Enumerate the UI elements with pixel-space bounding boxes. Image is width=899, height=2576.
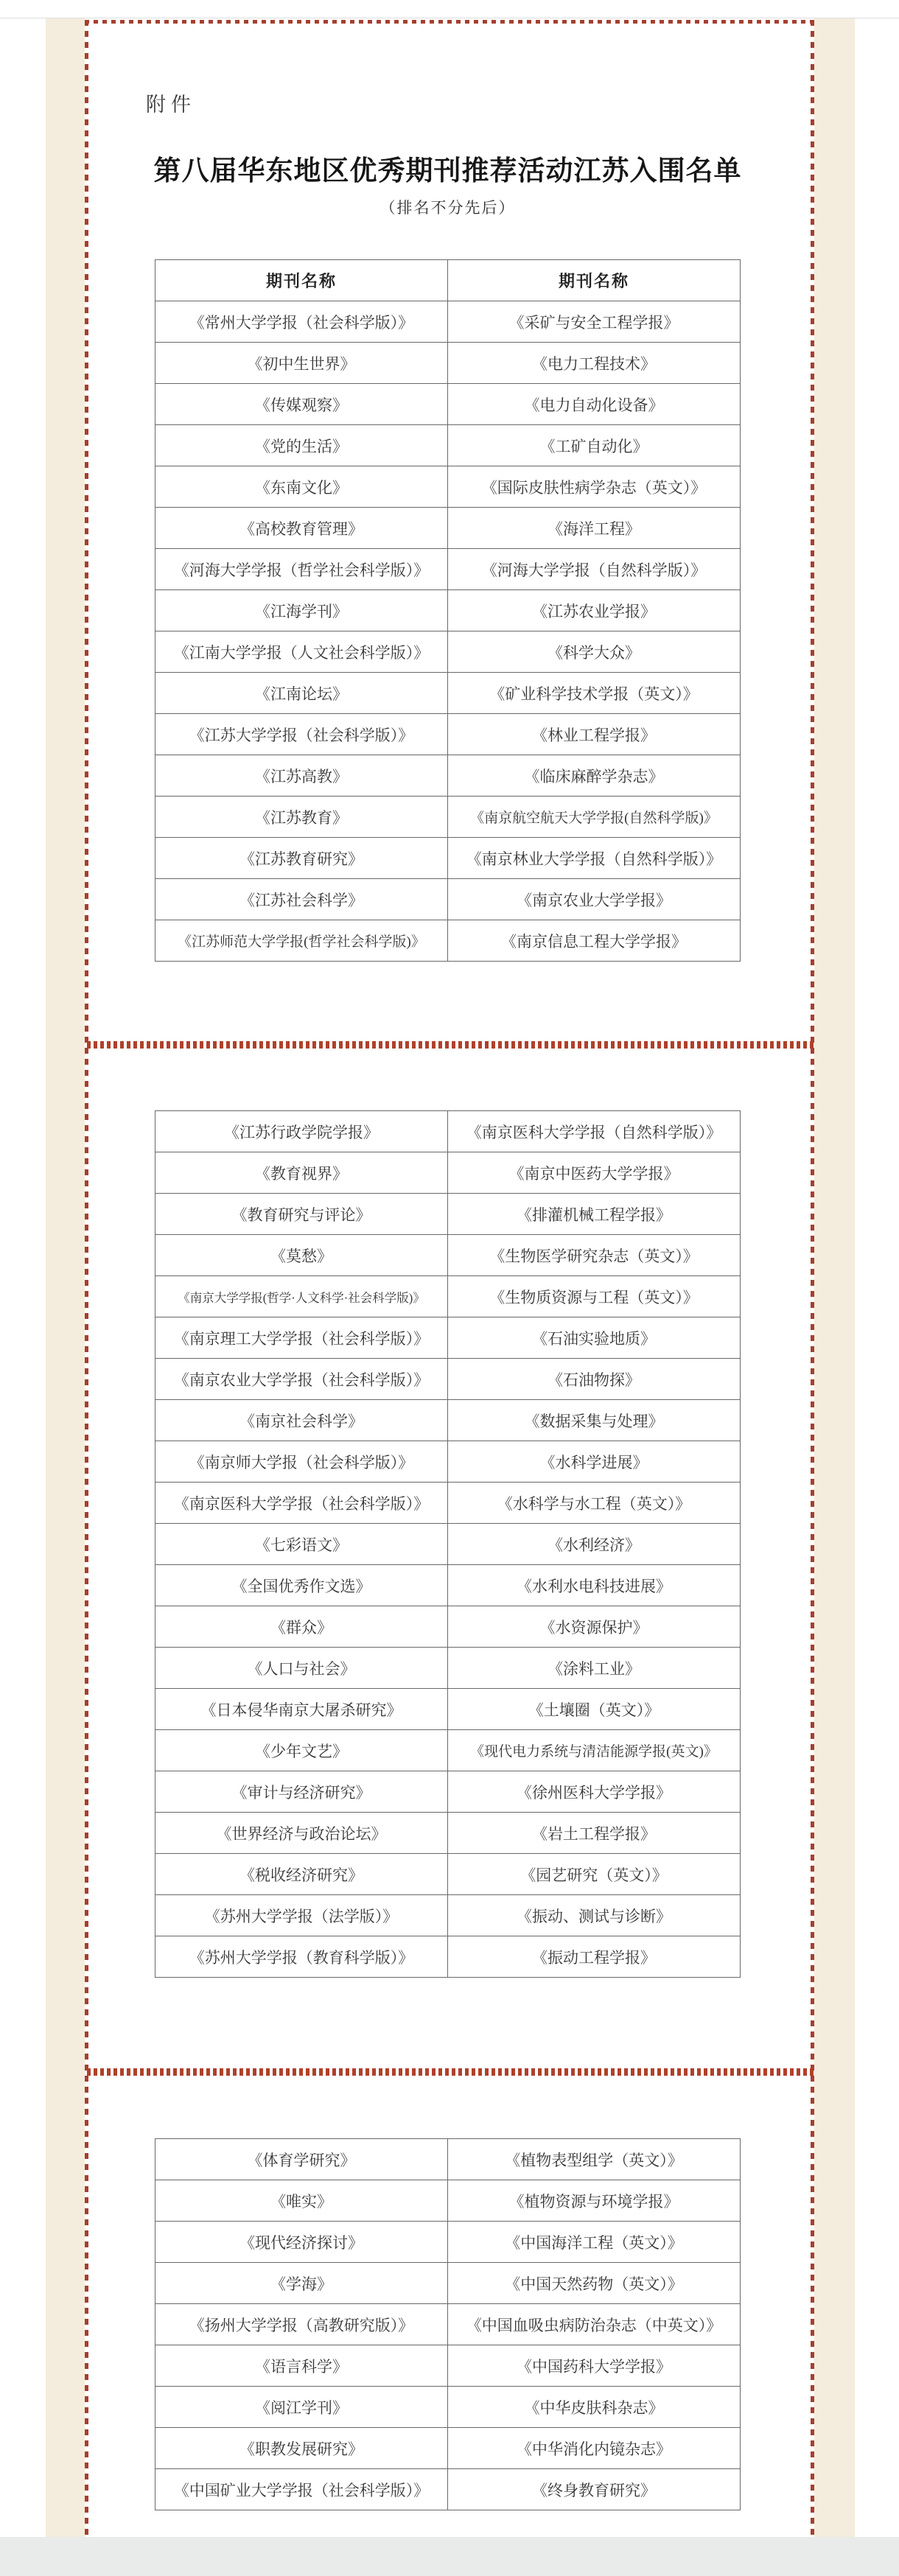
journal-table-page-3: 《体育学研究》《植物表型组学（英文）》《唯实》《植物资源与环境学报》《现代经济探…: [155, 2138, 741, 2510]
journal-name-cell: 《南京农业大学学报（社会科学版）》: [155, 1359, 448, 1400]
journal-name-cell: 《水科学进展》: [448, 1441, 741, 1483]
table-row: 《南京大学学报(哲学·人文科学·社会科学版)》《生物质资源与工程（英文）》: [155, 1276, 741, 1317]
table-row: 《职教发展研究》《中华消化内镜杂志》: [155, 2428, 741, 2469]
document-subtitle: （排名不分先后）: [155, 196, 741, 218]
journal-name-cell: 《生物质资源与工程（英文）》: [448, 1276, 741, 1317]
journal-name-cell: 《临床麻醉学杂志》: [448, 755, 741, 797]
column-header-left: 期刊名称: [155, 260, 448, 301]
journal-name-cell: 《中国药科大学学报》: [448, 2345, 741, 2387]
journal-name-cell: 《水利水电科技进展》: [448, 1565, 741, 1606]
journal-name-cell: 《岩土工程学报》: [448, 1813, 741, 1854]
table-row: 《江苏教育》《南京航空航天大学学报(自然科学版)》: [155, 797, 741, 838]
table-row: 《江苏大学学报（社会科学版）》《林业工程学报》: [155, 714, 741, 755]
journal-name-cell: 《世界经济与政治论坛》: [155, 1813, 448, 1854]
journal-name-cell: 《徐州医科大学学报》: [448, 1771, 741, 1813]
journal-name-cell: 《体育学研究》: [155, 2139, 448, 2180]
journal-name-cell: 《电力自动化设备》: [448, 384, 741, 425]
table-row: 《江苏行政学院学报》《南京医科大学学报（自然科学版）》: [155, 1111, 741, 1152]
journal-name-cell: 《中国海洋工程（英文）》: [448, 2222, 741, 2263]
journal-name-cell: 《南京中医药大学学报》: [448, 1152, 741, 1194]
journal-name-cell: 《南京大学学报(哲学·人文科学·社会科学版)》: [155, 1276, 448, 1317]
journal-name-cell: 《江南论坛》: [155, 673, 448, 714]
journal-name-cell: 《水利经济》: [448, 1524, 741, 1565]
journal-name-cell: 《水资源保护》: [448, 1606, 741, 1648]
journal-name-cell: 《终身教育研究》: [448, 2469, 741, 2510]
journal-name-cell: 《南京农业大学学报》: [448, 879, 741, 920]
table-row: 《传媒观察》《电力自动化设备》: [155, 384, 741, 425]
table-header: 期刊名称 期刊名称: [155, 260, 741, 301]
table-row: 《语言科学》《中国药科大学学报》: [155, 2345, 741, 2387]
journal-name-cell: 《扬州大学学报（高教研究版）》: [155, 2304, 448, 2345]
table-row: 《江苏社会科学》《南京农业大学学报》: [155, 879, 741, 920]
journal-name-cell: 《南京林业大学学报（自然科学版）》: [448, 838, 741, 879]
journal-name-cell: 《土壤圈（英文）》: [448, 1689, 741, 1730]
scanned-document: { "colors": { "accent-red": "#a5402f", "…: [0, 0, 899, 2576]
journal-name-cell: 《河海大学学报（自然科学版）》: [448, 549, 741, 590]
journal-name-cell: 《南京医科大学学报（自然科学版）》: [448, 1111, 741, 1152]
journal-name-cell: 《人口与社会》: [155, 1648, 448, 1689]
table-row: 《苏州大学学报（教育科学版）》《振动工程学报》: [155, 1936, 741, 1978]
journal-name-cell: 《莫愁》: [155, 1235, 448, 1276]
journal-name-cell: 《水科学与水工程（英文）》: [448, 1483, 741, 1524]
journal-name-cell: 《阅江学刊》: [155, 2387, 448, 2428]
journal-name-cell: 《园艺研究（英文）》: [448, 1854, 741, 1895]
table-row: 《莫愁》《生物医学研究杂志（英文）》: [155, 1235, 741, 1276]
journal-name-cell: 《职教发展研究》: [155, 2428, 448, 2469]
crop-marker-top: [85, 20, 814, 24]
table-row: 《南京农业大学学报（社会科学版）》《石油物探》: [155, 1359, 741, 1400]
journal-name-cell: 《南京医科大学学报（社会科学版）》: [155, 1483, 448, 1524]
journal-name-cell: 《江苏高教》: [155, 755, 448, 797]
journal-name-cell: 《国际皮肤性病学杂志（英文）》: [448, 466, 741, 508]
table-row: 《南京社会科学》《数据采集与处理》: [155, 1400, 741, 1441]
journal-name-cell: 《植物资源与环境学报》: [448, 2180, 741, 2222]
table-row: 《南京医科大学学报（社会科学版）》《水科学与水工程（英文）》: [155, 1483, 741, 1524]
journal-name-cell: 《排灌机械工程学报》: [448, 1194, 741, 1235]
journal-name-cell: 《振动工程学报》: [448, 1936, 741, 1978]
journal-name-cell: 《河海大学学报（哲学社会科学版）》: [155, 549, 448, 590]
attachment-label: 附件: [146, 88, 196, 117]
scan-margin-left: [46, 18, 85, 2537]
column-header-right: 期刊名称: [448, 260, 741, 301]
table-row: 《日本侵华南京大屠杀研究》《土壤圈（英文）》: [155, 1689, 741, 1730]
journal-name-cell: 《少年文艺》: [155, 1730, 448, 1771]
table-row: 《江海学刊》《江苏农业学报》: [155, 590, 741, 631]
table-row: 《全国优秀作文选》《水利水电科技进展》: [155, 1565, 741, 1606]
journal-name-cell: 《植物表型组学（英文）》: [448, 2139, 741, 2180]
table-row: 《世界经济与政治论坛》《岩土工程学报》: [155, 1813, 741, 1854]
journal-name-cell: 《石油物探》: [448, 1359, 741, 1400]
journal-name-cell: 《江海学刊》: [155, 590, 448, 631]
journal-table-page-1: 期刊名称 期刊名称 《常州大学学报（社会科学版）》《采矿与安全工程学报》《初中生…: [155, 259, 741, 962]
journal-name-cell: 《生物医学研究杂志（英文）》: [448, 1235, 741, 1276]
journal-name-cell: 《林业工程学报》: [448, 714, 741, 755]
journal-name-cell: 《审计与经济研究》: [155, 1771, 448, 1813]
table-row: 《南京理工大学学报（社会科学版）》《石油实验地质》: [155, 1317, 741, 1359]
journal-name-cell: 《工矿自动化》: [448, 425, 741, 466]
journal-name-cell: 《南京社会科学》: [155, 1400, 448, 1441]
journal-name-cell: 《中华皮肤科杂志》: [448, 2387, 741, 2428]
page-top-divider: [0, 18, 899, 18]
journal-name-cell: 《常州大学学报（社会科学版）》: [155, 301, 448, 343]
journal-name-cell: 《江苏社会科学》: [155, 879, 448, 920]
scan-margin-right: [814, 18, 855, 2537]
table-row: 《江南论坛》《矿业科学技术学报（英文）》: [155, 673, 741, 714]
table-row: 《学海》《中国天然药物（英文）》: [155, 2263, 741, 2304]
page-break-divider-1: [87, 1041, 814, 1049]
journal-name-cell: 《现代电力系统与清洁能源学报(英文)》: [448, 1730, 741, 1771]
background-strip: [0, 2537, 899, 2576]
table-row: 《七彩语文》《水利经济》: [155, 1524, 741, 1565]
table-row: 《唯实》《植物资源与环境学报》: [155, 2180, 741, 2222]
table-row: 《税收经济研究》《园艺研究（英文）》: [155, 1854, 741, 1895]
journal-name-cell: 《涂料工业》: [448, 1648, 741, 1689]
journal-name-cell: 《日本侵华南京大屠杀研究》: [155, 1689, 448, 1730]
journal-name-cell: 《石油实验地质》: [448, 1317, 741, 1359]
journal-name-cell: 《唯实》: [155, 2180, 448, 2222]
table-row: 《江苏师范大学学报(哲学社会科学版)》《南京信息工程大学学报》: [155, 920, 741, 962]
journal-name-cell: 《现代经济探讨》: [155, 2222, 448, 2263]
header-row: 期刊名称 期刊名称: [155, 260, 741, 301]
journal-name-cell: 《苏州大学学报（教育科学版）》: [155, 1936, 448, 1978]
journal-name-cell: 《七彩语文》: [155, 1524, 448, 1565]
journal-name-cell: 《电力工程技术》: [448, 343, 741, 384]
journal-name-cell: 《江苏行政学院学报》: [155, 1111, 448, 1152]
page-break-divider-2: [87, 2068, 814, 2076]
journal-name-cell: 《学海》: [155, 2263, 448, 2304]
table-row: 《党的生活》《工矿自动化》: [155, 425, 741, 466]
table-row: 《东南文化》《国际皮肤性病学杂志（英文）》: [155, 466, 741, 508]
table-row: 《审计与经济研究》《徐州医科大学学报》: [155, 1771, 741, 1813]
table-row: 《现代经济探讨》《中国海洋工程（英文）》: [155, 2222, 741, 2263]
table-row: 《南京师大学报（社会科学版）》《水科学进展》: [155, 1441, 741, 1483]
journal-name-cell: 《中国天然药物（英文）》: [448, 2263, 741, 2304]
journal-name-cell: 《传媒观察》: [155, 384, 448, 425]
journal-name-cell: 《南京理工大学学报（社会科学版）》: [155, 1317, 448, 1359]
journal-name-cell: 《东南文化》: [155, 466, 448, 508]
journal-name-cell: 《初中生世界》: [155, 343, 448, 384]
table-row: 《阅江学刊》《中华皮肤科杂志》: [155, 2387, 741, 2428]
table-row: 《初中生世界》《电力工程技术》: [155, 343, 741, 384]
crop-marker-left: [85, 20, 88, 2537]
journal-name-cell: 《教育研究与评论》: [155, 1194, 448, 1235]
journal-name-cell: 《税收经济研究》: [155, 1854, 448, 1895]
journal-name-cell: 《南京航空航天大学学报(自然科学版)》: [448, 797, 741, 838]
table-row: 《河海大学学报（哲学社会科学版）》《河海大学学报（自然科学版）》: [155, 549, 741, 590]
table-row: 《中国矿业大学学报（社会科学版）》《终身教育研究》: [155, 2469, 741, 2510]
journal-name-cell: 《江南大学学报（人文社会科学版）》: [155, 631, 448, 673]
table-row: 《教育视界》《南京中医药大学学报》: [155, 1152, 741, 1194]
document-title: 第八届华东地区优秀期刊推荐活动江苏入围名单: [118, 148, 777, 188]
journal-name-cell: 《南京信息工程大学学报》: [448, 920, 741, 962]
journal-name-cell: 《党的生活》: [155, 425, 448, 466]
table-row: 《苏州大学学报（法学版）》《振动、测试与诊断》: [155, 1895, 741, 1936]
table-row: 《常州大学学报（社会科学版）》《采矿与安全工程学报》: [155, 301, 741, 343]
journal-name-cell: 《海洋工程》: [448, 508, 741, 549]
table-row: 《高校教育管理》《海洋工程》: [155, 508, 741, 549]
crop-marker-right: [811, 20, 814, 2537]
journal-name-cell: 《江苏大学学报（社会科学版）》: [155, 714, 448, 755]
table-row: 《扬州大学学报（高教研究版）》《中国血吸虫病防治杂志（中英文）》: [155, 2304, 741, 2345]
journal-name-cell: 《江苏教育》: [155, 797, 448, 838]
journal-name-cell: 《江苏农业学报》: [448, 590, 741, 631]
journal-name-cell: 《中国血吸虫病防治杂志（中英文）》: [448, 2304, 741, 2345]
journal-name-cell: 《南京师大学报（社会科学版）》: [155, 1441, 448, 1483]
table-row: 《少年文艺》《现代电力系统与清洁能源学报(英文)》: [155, 1730, 741, 1771]
journal-name-cell: 《中国矿业大学学报（社会科学版）》: [155, 2469, 448, 2510]
table-row: 《江苏高教》《临床麻醉学杂志》: [155, 755, 741, 797]
table-row: 《群众》《水资源保护》: [155, 1606, 741, 1648]
journal-name-cell: 《科学大众》: [448, 631, 741, 673]
journal-name-cell: 《全国优秀作文选》: [155, 1565, 448, 1606]
journal-name-cell: 《群众》: [155, 1606, 448, 1648]
journal-name-cell: 《振动、测试与诊断》: [448, 1895, 741, 1936]
journal-name-cell: 《苏州大学学报（法学版）》: [155, 1895, 448, 1936]
journal-name-cell: 《江苏师范大学学报(哲学社会科学版)》: [155, 920, 448, 962]
journal-name-cell: 《矿业科学技术学报（英文）》: [448, 673, 741, 714]
journal-name-cell: 《江苏教育研究》: [155, 838, 448, 879]
table-row: 《人口与社会》《涂料工业》: [155, 1648, 741, 1689]
journal-name-cell: 《高校教育管理》: [155, 508, 448, 549]
journal-name-cell: 《教育视界》: [155, 1152, 448, 1194]
table-row: 《体育学研究》《植物表型组学（英文）》: [155, 2139, 741, 2180]
journal-name-cell: 《数据采集与处理》: [448, 1400, 741, 1441]
journal-name-cell: 《采矿与安全工程学报》: [448, 301, 741, 343]
table-row: 《江苏教育研究》《南京林业大学学报（自然科学版）》: [155, 838, 741, 879]
table-row: 《江南大学学报（人文社会科学版）》《科学大众》: [155, 631, 741, 673]
journal-name-cell: 《中华消化内镜杂志》: [448, 2428, 741, 2469]
table-row: 《教育研究与评论》《排灌机械工程学报》: [155, 1194, 741, 1235]
journal-table-page-2: 《江苏行政学院学报》《南京医科大学学报（自然科学版）》《教育视界》《南京中医药大…: [155, 1110, 741, 1978]
journal-name-cell: 《语言科学》: [155, 2345, 448, 2387]
